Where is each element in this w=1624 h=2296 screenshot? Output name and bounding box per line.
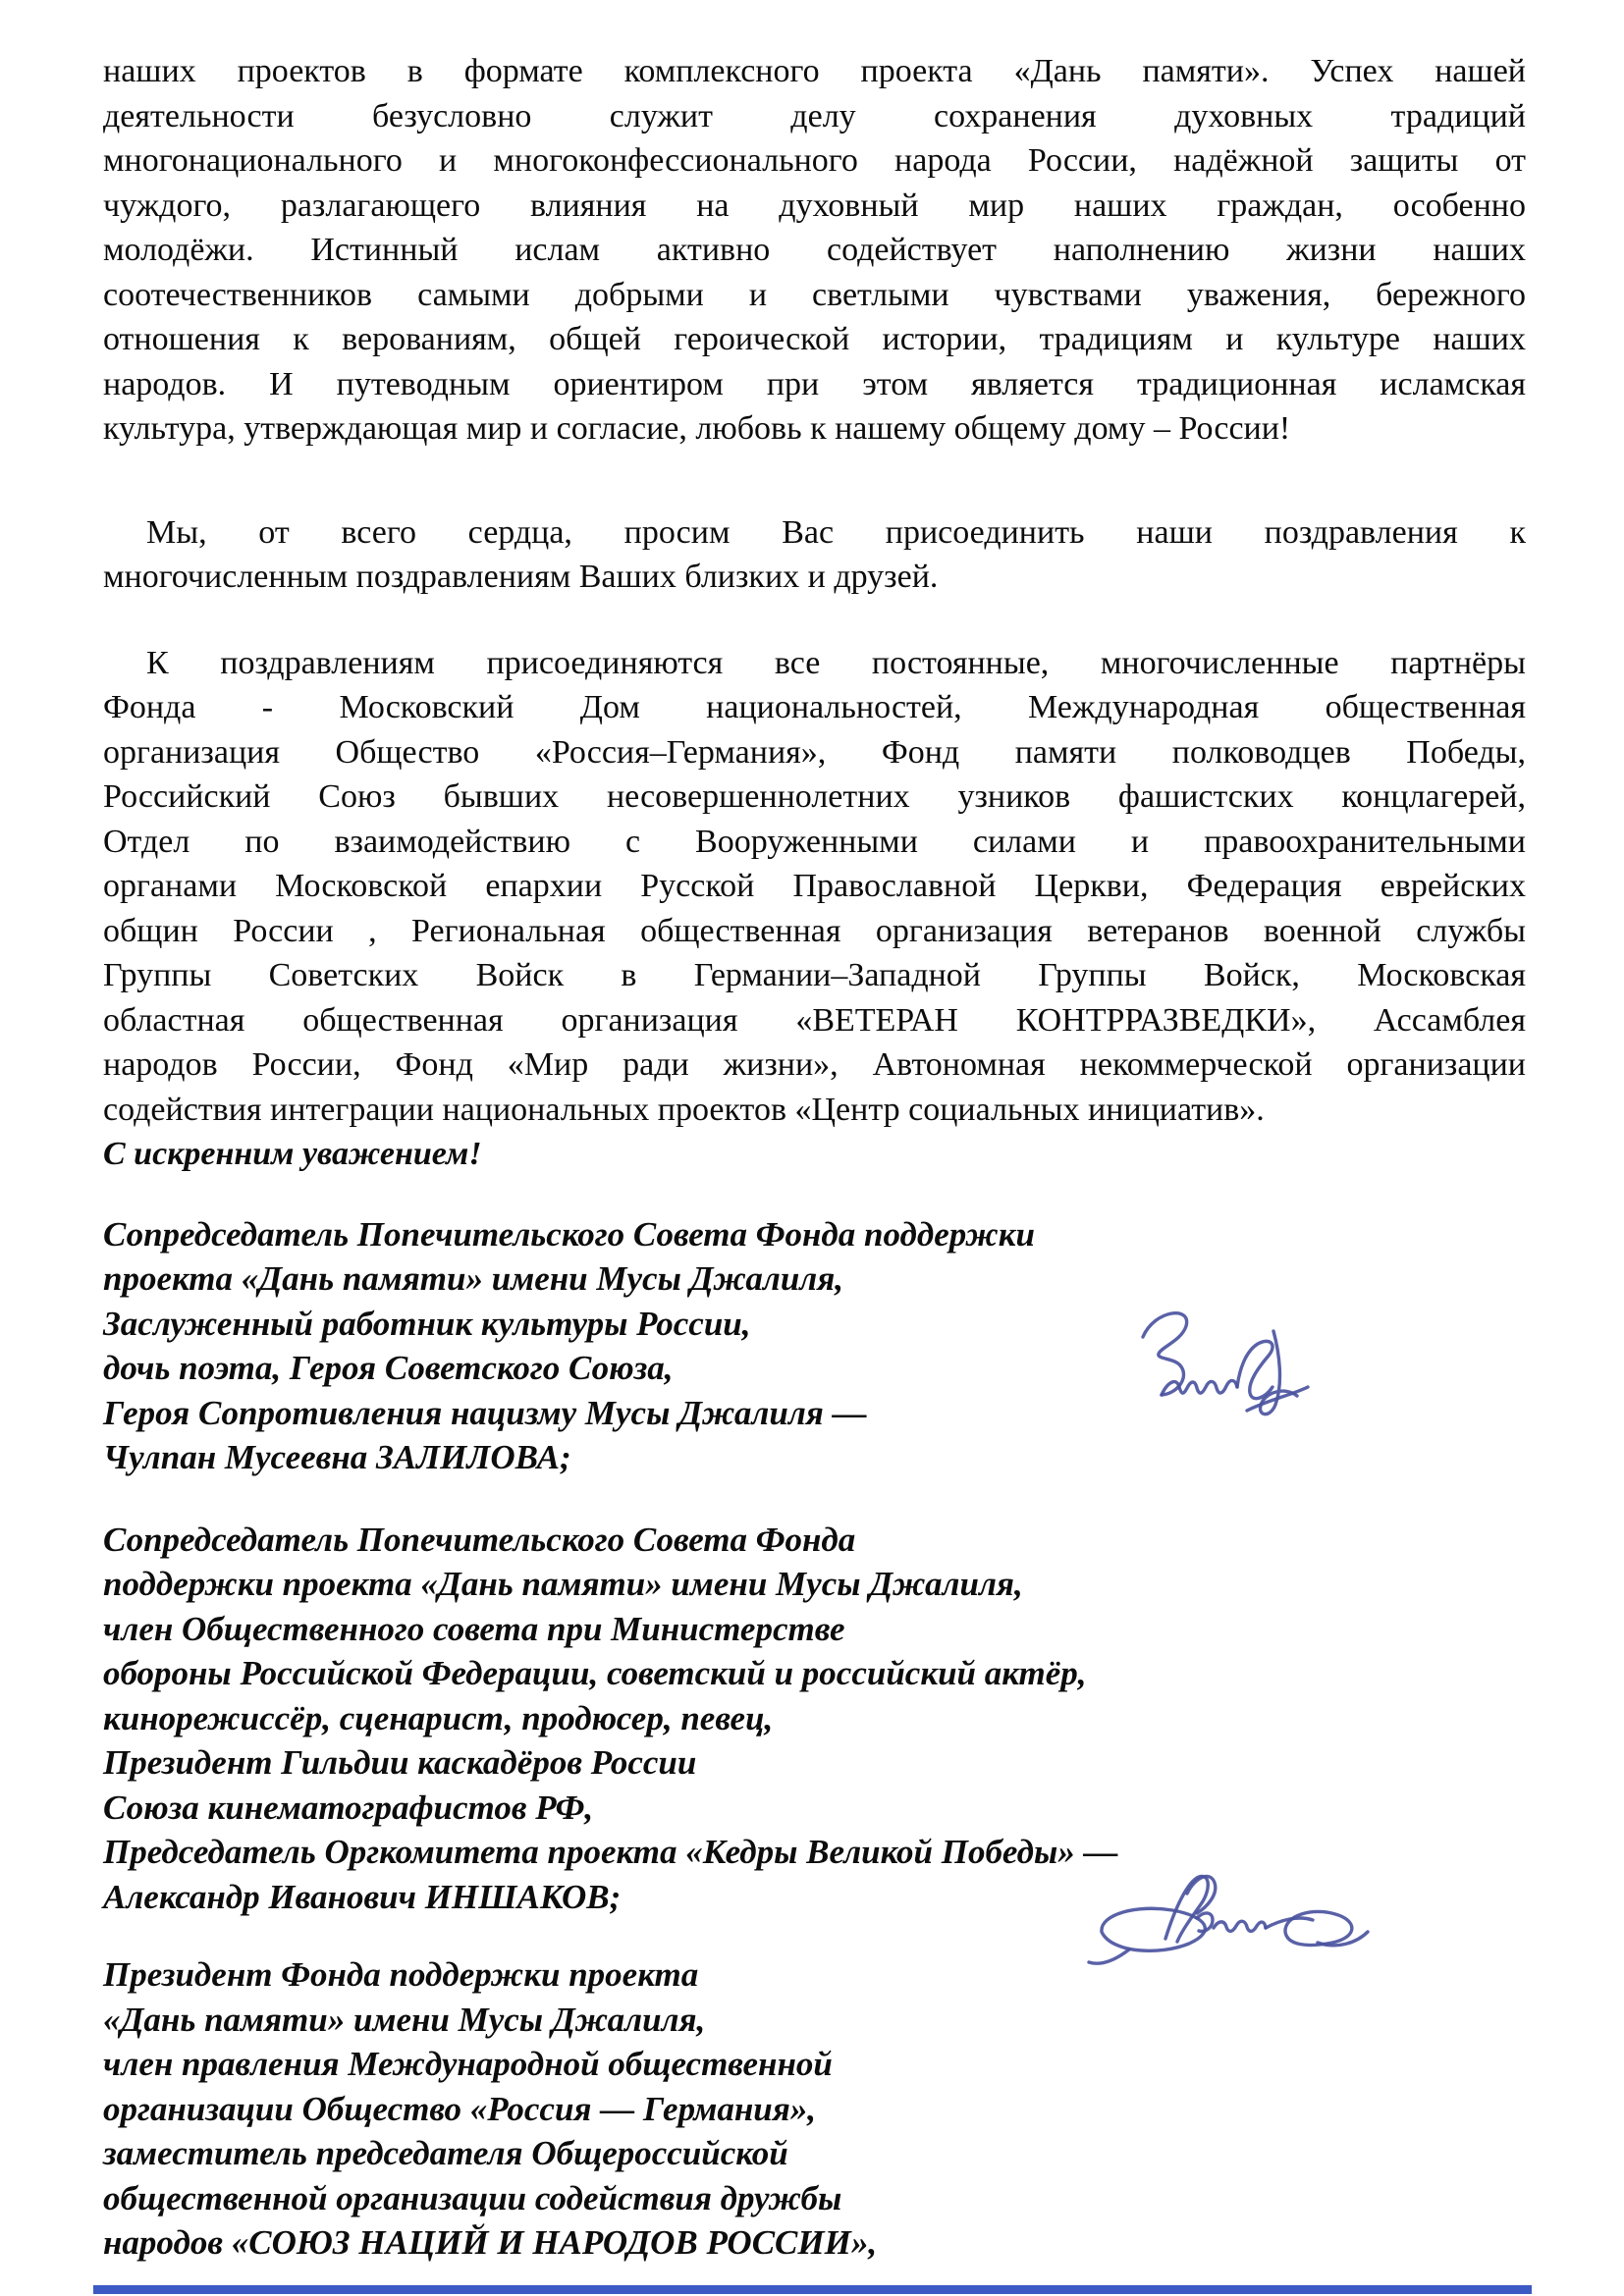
signatory-title-line: народов «СОЮЗ НАЦИЙ И НАРОДОВ РОССИИ», <box>103 2220 1526 2266</box>
text-line: Отдел по взаимодействию с Вооруженными с… <box>103 820 1526 865</box>
signatory-block-inshakov: Сопредседатель Попечительского Совета Фо… <box>103 1518 1526 1920</box>
text-line: отношения к верованиям, общей героическо… <box>103 317 1526 362</box>
text-line: народов России, Фонд «Мир ради жизни», А… <box>103 1042 1526 1088</box>
signatory-title-line: Героя Сопротивления нацизму Мусы Джалиля… <box>103 1391 1526 1436</box>
text-line: органами Московской епархии Русской Прав… <box>103 864 1526 909</box>
signatory-name-line: Александр Иванович ИНШАКОВ; <box>103 1875 1526 1920</box>
signatory-title-line: дочь поэта, Героя Советского Союза, <box>103 1346 1526 1391</box>
signatory-title-line: Председатель Оргкомитета проекта «Кедры … <box>103 1830 1526 1875</box>
text-line: Группы Советских Войск в Германии–Западн… <box>103 953 1526 998</box>
text-line: общин России , Региональная общественная… <box>103 909 1526 954</box>
text-line: многочисленным поздравлениям Ваших близк… <box>103 555 1526 600</box>
text-line: многонационального и многоконфессиональн… <box>103 138 1526 184</box>
text-line: Фонда - Московский Дом национальностей, … <box>103 685 1526 730</box>
signatory-title-line: «Дань памяти» имени Мусы Джалиля, <box>103 1998 1526 2043</box>
signatory-title-line: заместитель председателя Общероссийской <box>103 2131 1526 2176</box>
letter-paragraph-2: Мы, от всего сердца, просим Вас присоеди… <box>103 510 1526 600</box>
text-line: молодёжи. Истинный ислам активно содейст… <box>103 228 1526 273</box>
text-line: наших проектов в формате комплексного пр… <box>103 49 1526 94</box>
signatory-title-line: Сопредседатель Попечительского Совета Фо… <box>103 1518 1526 1563</box>
signatory-title-line: член Общественного совета при Министерст… <box>103 1607 1526 1652</box>
text-line: содействия интеграции национальных проек… <box>103 1088 1526 1133</box>
signatory-title-line: Союза кинематографистов РФ, <box>103 1786 1526 1831</box>
footer-accent-bar <box>93 2285 1532 2294</box>
text-line: культура, утверждающая мир и согласие, л… <box>103 406 1526 452</box>
signatory-title-line: поддержки проекта «Дань памяти» имени Му… <box>103 1562 1526 1607</box>
signatory-title-line: общественной организации содействия друж… <box>103 2176 1526 2221</box>
text-line: К поздравлениям присоединяются все посто… <box>103 641 1526 686</box>
text-line: народов. И путеводным ориентиром при это… <box>103 362 1526 407</box>
text-line: областная общественная организация «ВЕТЕ… <box>103 998 1526 1043</box>
signatory-block-president: Президент Фонда поддержки проекта «Дань … <box>103 1952 1526 2266</box>
signatory-title-line: Заслуженный работник культуры России, <box>103 1302 1526 1347</box>
closing-salutation: С искренним уважением! <box>103 1132 1526 1177</box>
text-line: соотечественников самыми добрыми и светл… <box>103 273 1526 318</box>
letter-paragraph-1: наших проектов в формате комплексного пр… <box>103 49 1526 452</box>
signatory-title-line: Сопредседатель Попечительского Совета Фо… <box>103 1212 1526 1257</box>
signatory-title-line: проекта «Дань памяти» имени Мусы Джалиля… <box>103 1256 1526 1302</box>
signatory-title-line: организации Общество «Россия — Германия»… <box>103 2087 1526 2132</box>
signatory-block-zalilova: Сопредседатель Попечительского Совета Фо… <box>103 1212 1526 1480</box>
signatory-title-line: кинорежиссёр, сценарист, продюсер, певец… <box>103 1696 1526 1741</box>
text-line: организация Общество «Россия–Германия», … <box>103 730 1526 775</box>
signatory-title-line: Президент Гильдии каскадёров России <box>103 1740 1526 1786</box>
signatory-title-line: член правления Международной общественно… <box>103 2042 1526 2087</box>
text-line: чуждого, разлагающего влияния на духовны… <box>103 184 1526 229</box>
text-line: Российский Союз бывших несовершеннолетни… <box>103 774 1526 820</box>
text-line: деятельности безусловно служит делу сохр… <box>103 94 1526 139</box>
signatory-title-line: Президент Фонда поддержки проекта <box>103 1952 1526 1998</box>
signatory-name-line: Чулпан Мусеевна ЗАЛИЛОВА; <box>103 1435 1526 1480</box>
letter-page: наших проектов в формате комплексного пр… <box>0 0 1624 2296</box>
text-line: Мы, от всего сердца, просим Вас присоеди… <box>103 510 1526 556</box>
signatory-title-line: обороны Российской Федерации, советский … <box>103 1651 1526 1696</box>
letter-paragraph-3: К поздравлениям присоединяются все посто… <box>103 641 1526 1133</box>
